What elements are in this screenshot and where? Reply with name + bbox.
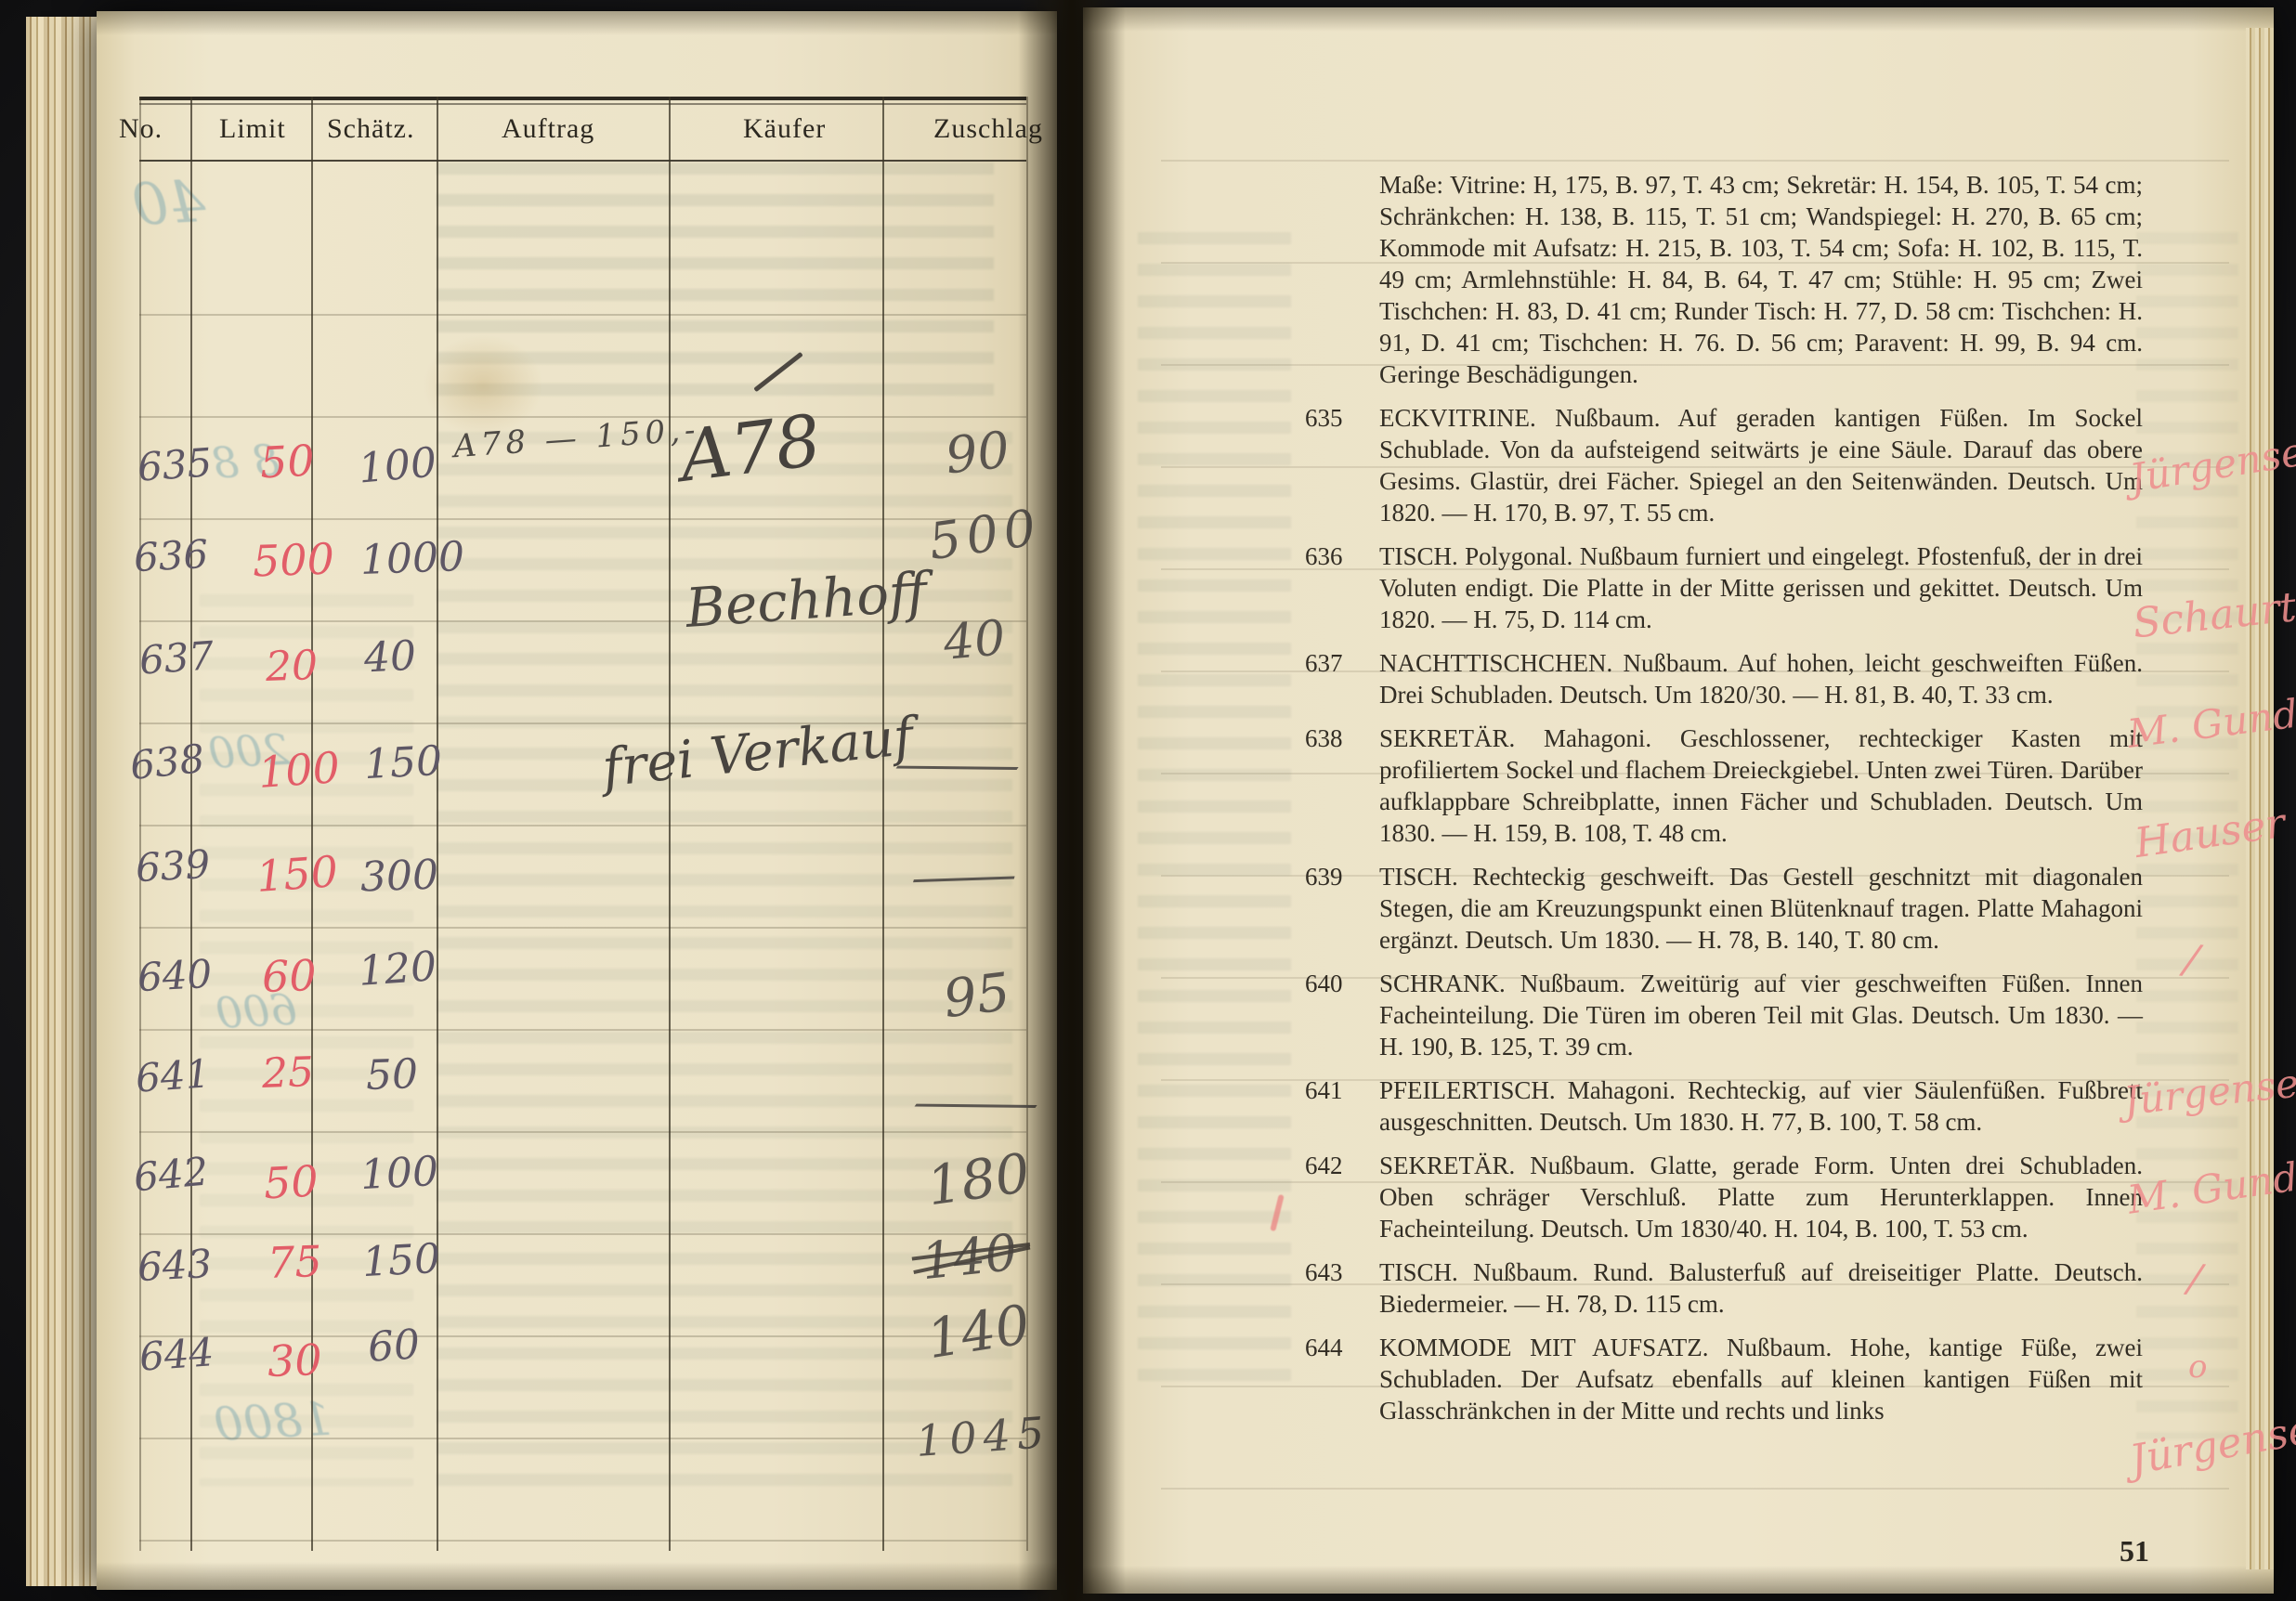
col-header-schaetz: Schätz. <box>327 113 414 145</box>
schaetz: 300 <box>359 852 439 902</box>
entry-text: SCHRANK. Nußbaum. Zweitürig auf vier ges… <box>1379 968 2143 1062</box>
zuschlag-dash: — <box>889 738 1026 790</box>
entry-text: TISCH. Nußbaum. Rund. Balusterfuß auf dr… <box>1379 1256 2143 1320</box>
lot-no: 639 <box>135 841 212 891</box>
page-number: 51 <box>2120 1534 2149 1568</box>
entry-text: TISCH. Polygonal. Nußbaum furniert und e… <box>1379 540 2143 635</box>
limit: 60 <box>261 950 317 1002</box>
catalog-text-block: Maße: Vitrine: H, 175, B. 97, T. 43 cm; … <box>1305 169 2143 1438</box>
entry-number: 639 <box>1305 861 1377 892</box>
limit: 500 <box>252 533 335 586</box>
limit: 25 <box>261 1048 315 1098</box>
schaetz: 40 <box>363 632 418 683</box>
col-header-no: No. <box>119 113 163 145</box>
limit: 75 <box>267 1236 322 1288</box>
book-gutter <box>1018 0 1126 1601</box>
catalog-entry: 644 KOMMODE MIT AUFSATZ. Nußbaum. Hohe, … <box>1305 1332 2143 1426</box>
catalog-entry: 639 TISCH. Rechteckig geschweift. Das Ge… <box>1305 861 2143 956</box>
entry-number: 635 <box>1305 402 1377 434</box>
entry-text: TISCH. Rechteckig geschweift. Das Gestel… <box>1379 861 2143 956</box>
entry-number: 637 <box>1305 647 1377 679</box>
lot-no: 636 <box>133 531 210 580</box>
catalog-entry: 643 TISCH. Nußbaum. Rund. Balusterfuß au… <box>1305 1256 2143 1320</box>
zuschlag-crossed: 140 <box>919 1223 1020 1291</box>
entry-text: SEKRETÄR. Mahagoni. Geschlossener, recht… <box>1379 722 2143 849</box>
entry-number: 636 <box>1305 540 1377 572</box>
col-header-limit: Limit <box>219 113 286 145</box>
limit: 50 <box>259 436 316 488</box>
schaetz: 100 <box>359 1148 440 1199</box>
table-top-rule-2 <box>139 103 1026 105</box>
schaetz: 150 <box>361 1235 442 1286</box>
catalog-entry: 638 SEKRETÄR. Mahagoni. Geschlossener, r… <box>1305 722 2143 849</box>
table-border-left <box>139 97 141 1551</box>
schaetz: 60 <box>366 1321 421 1372</box>
col-line-2 <box>311 97 313 1551</box>
lot-no: 643 <box>137 1241 214 1290</box>
schaetz: 50 <box>365 1050 419 1100</box>
limit: 50 <box>263 1156 320 1209</box>
limit: 30 <box>267 1334 322 1386</box>
lot-no: 637 <box>137 632 215 683</box>
zuschlag-dash: — <box>902 849 1024 903</box>
lot-no: 640 <box>137 951 214 1000</box>
zuschlag: 95 <box>940 962 1013 1030</box>
zuschlag: 40 <box>942 610 1008 671</box>
entry-number: 640 <box>1305 968 1377 999</box>
schaetz: 100 <box>357 438 438 492</box>
page-stack-edge <box>26 17 100 1586</box>
col-line-4 <box>669 97 671 1551</box>
col-line-3 <box>437 97 438 1551</box>
col-header-auftrag: Auftrag <box>502 113 594 145</box>
col-line-5 <box>882 97 884 1551</box>
catalog-entry: 640 SCHRANK. Nußbaum. Zweitürig auf vier… <box>1305 968 2143 1062</box>
entry-text: ECKVITRINE. Nußbaum. Auf geraden kantige… <box>1379 402 2143 528</box>
table-top-rule <box>139 97 1026 100</box>
col-header-kaeufer: Käufer <box>743 113 826 145</box>
entry-text: SEKRETÄR. Nußbaum. Glatte, gerade Form. … <box>1379 1150 2143 1244</box>
bleedthrough-text <box>1138 232 1291 1393</box>
kaeufer-code: A78 <box>675 398 825 498</box>
limit: 150 <box>254 846 339 902</box>
book-photo: 40 8 8 200 600 1800 No. Limit Schätz. Au… <box>0 0 2296 1601</box>
entry-text: NACHTTISCHCHEN. Nußbaum. Auf hohen, leic… <box>1379 647 2143 710</box>
schaetz: 150 <box>363 737 444 788</box>
catalog-entry: 635 ECKVITRINE. Nußbaum. Auf geraden kan… <box>1305 402 2143 528</box>
entry-number: 641 <box>1305 1074 1377 1106</box>
schaetz: 1000 <box>359 533 465 584</box>
bleedthrough-number: 40 <box>130 167 207 239</box>
catalog-entry: 641 PFEILERTISCH. Mahagoni. Rechteckig, … <box>1305 1074 2143 1138</box>
catalog-entry: 642 SEKRETÄR. Nußbaum. Glatte, gerade Fo… <box>1305 1150 2143 1244</box>
entry-number: 638 <box>1305 722 1377 754</box>
entry-number: 644 <box>1305 1332 1377 1363</box>
catalog-entry: 637 NACHTTISCHCHEN. Nußbaum. Auf hohen, … <box>1305 647 2143 710</box>
lot-no: 638 <box>128 735 207 788</box>
entry-number: 643 <box>1305 1256 1377 1288</box>
lot-no: 635 <box>136 439 213 489</box>
zuschlag: 90 <box>943 421 1012 486</box>
lot-no: 644 <box>137 1329 215 1379</box>
limit: 20 <box>265 642 319 691</box>
entry-number: 642 <box>1305 1150 1377 1181</box>
page-stack-edge-right <box>2246 28 2274 1569</box>
schaetz: 120 <box>357 943 437 996</box>
lot-no: 641 <box>134 1050 211 1100</box>
entry-text: PFEILERTISCH. Mahagoni. Rechteckig, auf … <box>1379 1074 2143 1138</box>
intro-paragraph: Maße: Vitrine: H, 175, B. 97, T. 43 cm; … <box>1379 169 2143 390</box>
limit: 100 <box>256 742 341 798</box>
catalog-entry: 636 TISCH. Polygonal. Nußbaum furniert u… <box>1305 540 2143 635</box>
margin-mark: o <box>2188 1348 2207 1386</box>
entry-text: KOMMODE MIT AUFSATZ. Nußbaum. Hohe, kant… <box>1379 1332 2143 1426</box>
table-header-rule <box>139 160 1026 162</box>
lot-no: 642 <box>132 1149 210 1201</box>
